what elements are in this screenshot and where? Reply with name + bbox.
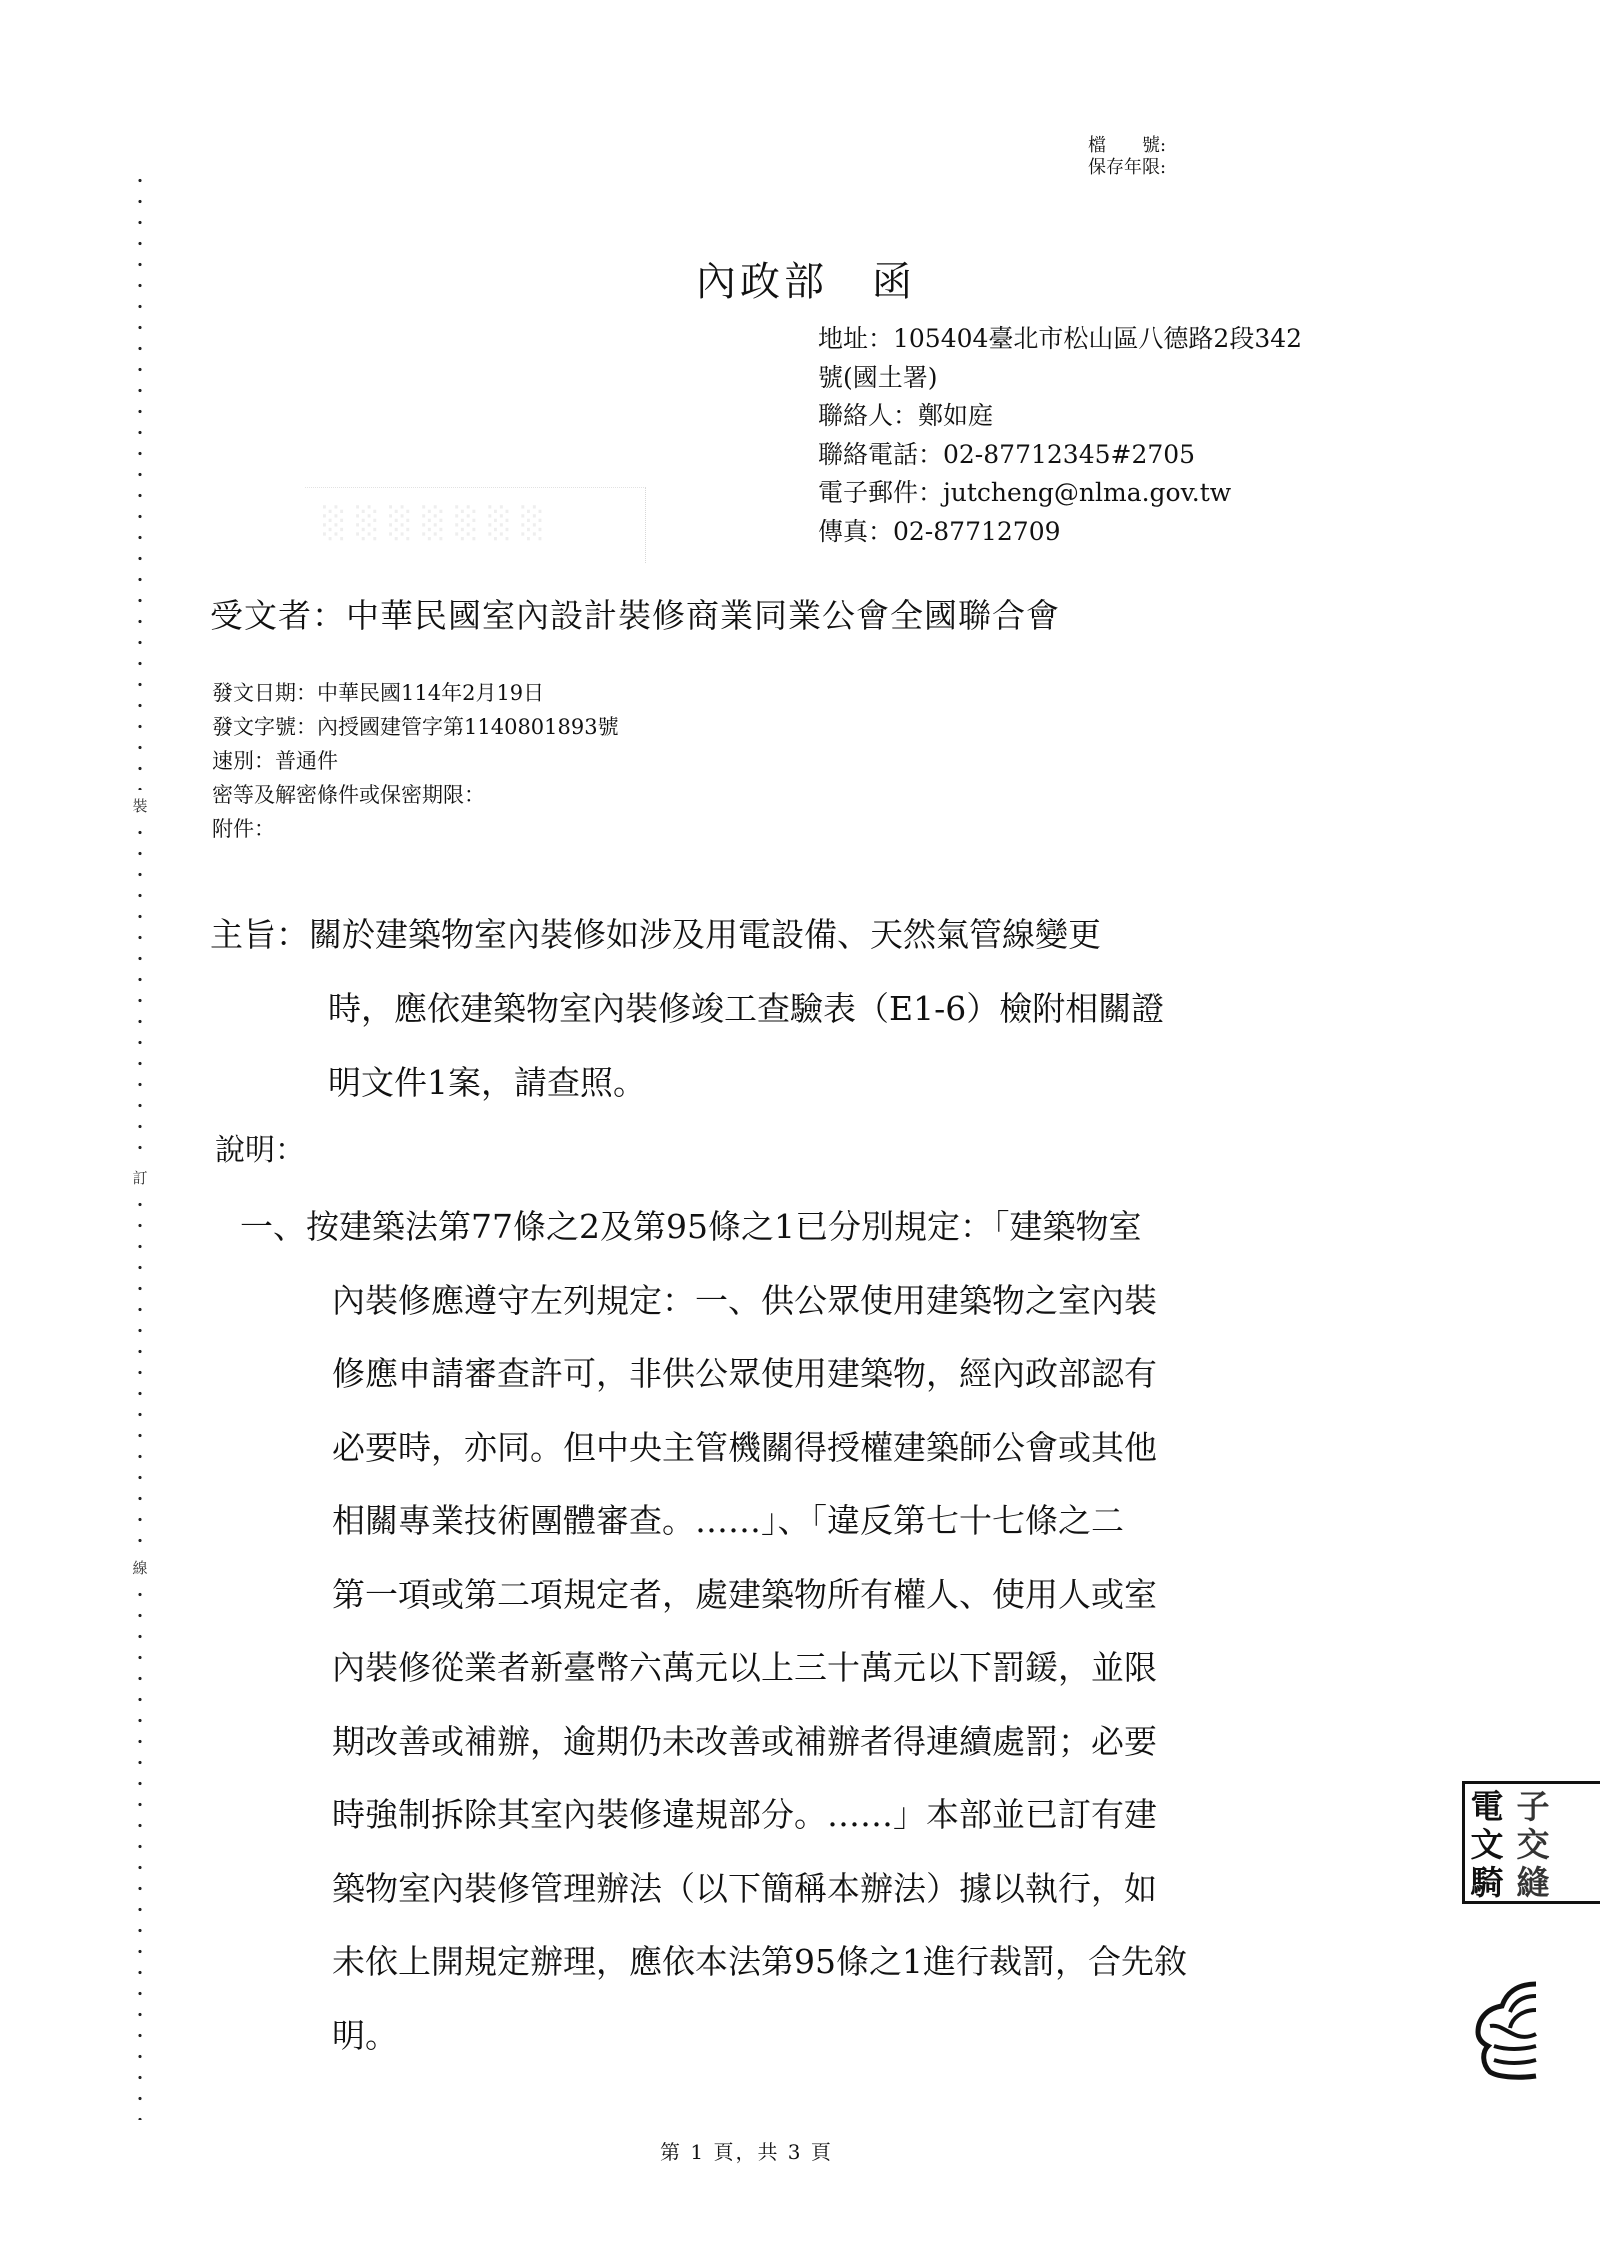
explanation-line: 明。 <box>240 1999 1420 2073</box>
sender-address-line2: 號(國土署) <box>818 359 1378 398</box>
file-info: 檔 號: 保存年限: <box>1088 135 1166 179</box>
attachments: 附件： <box>212 812 619 846</box>
sender-address-line1: 地址：105404臺北市松山區八德路2段342 <box>818 320 1378 359</box>
page-indicator: 第 1 頁，共 3 頁 <box>660 2136 833 2165</box>
explanation-item-1: 一、按建築法第77條之2及第95條之1已分別規定：「建築物室 內裝修應遵守左列規… <box>240 1190 1420 2072</box>
file-number-label: 檔 號: <box>1088 135 1166 157</box>
stamp-column-1: 電 文 騎 <box>1467 1788 1507 1902</box>
explanation-line: 時強制拆除其室內裝修違規部分。……」本部並已訂有建 <box>240 1778 1420 1852</box>
binding-dotted-line <box>138 170 142 790</box>
sender-contact-person: 聯絡人：鄭如庭 <box>818 397 1378 436</box>
stamp-column-2: 子 交 縫 <box>1513 1788 1553 1902</box>
explanation-line: 第一項或第二項規定者，處建築物所有權人、使用人或室 <box>240 1558 1420 1632</box>
issue-date: 發文日期：中華民國114年2月19日 <box>212 676 619 710</box>
explanation-line: 內裝修應遵守左列規定：一、供公眾使用建築物之室內裝 <box>240 1264 1420 1338</box>
explanation-line: 內裝修從業者新臺幣六萬元以上三十萬元以下罰鍰，並限 <box>240 1631 1420 1705</box>
seal-fragment-icon <box>1466 1980 1546 2080</box>
explanation-line: 未依上開規定辦理，應依本法第95條之1進行裁罰，合先敘 <box>240 1925 1420 1999</box>
e-document-seam-stamp: 電 文 騎 子 交 縫 <box>1462 1781 1600 1904</box>
explanation-line: 相關專業技術團體審查。……」、「違反第七十七條之二 <box>240 1484 1420 1558</box>
explanation-line: 修應申請審查許可，非供公眾使用建築物，經內政部認有 <box>240 1337 1420 1411</box>
binding-mark-ding: 訂 <box>130 1168 150 1188</box>
recipient: 受文者：中華民國室內設計裝修商業同業公會全國聯合會 <box>210 590 1060 637</box>
binding-dotted-line <box>138 822 142 1162</box>
retention-period-label: 保存年限: <box>1088 157 1166 179</box>
sender-fax: 傳真：02-87712709 <box>818 513 1378 552</box>
priority: 速別：普通件 <box>212 744 619 778</box>
binding-mark-zhuang: 裝 <box>130 796 150 816</box>
binding-dotted-line <box>138 1194 142 1554</box>
faint-stamp-remnant: ░░░░░░░ <box>305 487 646 563</box>
explanation-line: 期改善或補辦，逾期仍未改善或補辦者得連續處罰；必要 <box>240 1705 1420 1779</box>
binding-dotted-line <box>138 1584 142 2120</box>
faint-stamp-texture: ░░░░░░░ <box>323 506 555 541</box>
explanation-line: 必要時，亦同。但中央主管機關得授權建築師公會或其他 <box>240 1411 1420 1485</box>
explanation-line: 一、按建築法第77條之2及第95條之1已分別規定：「建築物室 <box>240 1190 1420 1264</box>
subject-section: 主旨：關於建築物室內裝修如涉及用電設備、天然氣管線變更 時，應依建築物室內裝修竣… <box>210 898 1410 1120</box>
document-title: 內政部 函 <box>696 250 916 307</box>
binding-margin: 裝 訂 線 <box>130 170 150 2120</box>
sender-phone: 聯絡電話：02-87712345#2705 <box>818 436 1378 475</box>
subject-line: 時，應依建築物室內裝修竣工查驗表（E1-6）檢附相關證 <box>210 972 1410 1046</box>
sender-email: 電子郵件：jutcheng@nlma.gov.tw <box>818 474 1378 513</box>
explanation-label: 說明： <box>215 1125 305 1169</box>
subject-line: 明文件1案，請查照。 <box>210 1046 1410 1120</box>
sender-info: 地址：105404臺北市松山區八德路2段342 號(國土署) 聯絡人：鄭如庭 聯… <box>818 320 1378 551</box>
binding-mark-xian: 線 <box>130 1558 150 1578</box>
document-meta: 發文日期：中華民國114年2月19日 發文字號：內授國建管字第114080189… <box>212 676 619 846</box>
subject-line: 主旨：關於建築物室內裝修如涉及用電設備、天然氣管線變更 <box>210 898 1410 972</box>
explanation-line: 築物室內裝修管理辦法（以下簡稱本辦法）據以執行，如 <box>240 1852 1420 1926</box>
confidentiality: 密等及解密條件或保密期限： <box>212 778 619 812</box>
document-number: 發文字號：內授國建管字第1140801893號 <box>212 710 619 744</box>
